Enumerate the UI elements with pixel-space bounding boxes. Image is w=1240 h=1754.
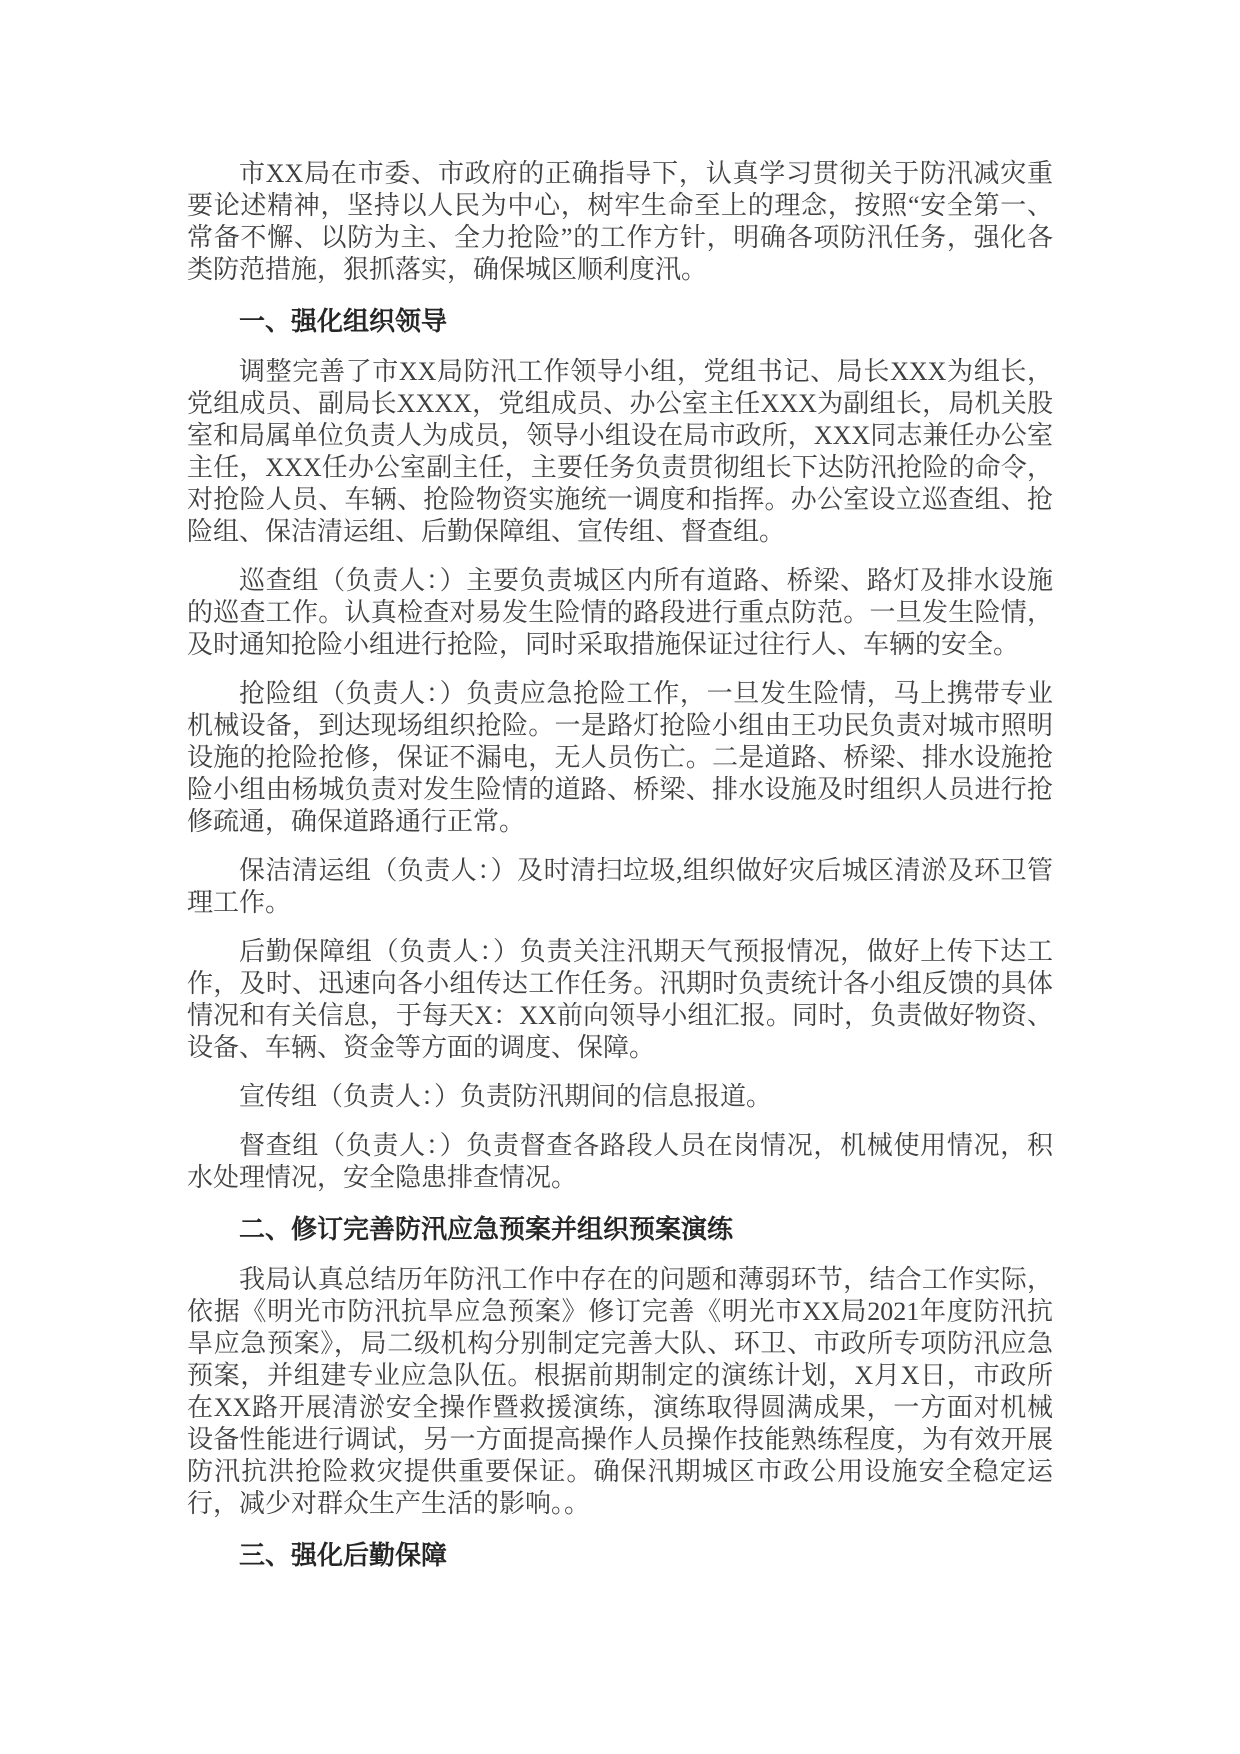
supervision-group-paragraph: 督查组（负责人：）负责督查各路段人员在岗情况，机械使用情况，积水处理情况，安全隐… bbox=[187, 1130, 1053, 1194]
patrol-group-paragraph: 巡查组（负责人：）主要负责城区内所有道路、桥梁、路灯及排水设施的巡查工作。认真检… bbox=[187, 565, 1053, 661]
rescue-group-paragraph: 抢险组（负责人：）负责应急抢险工作，一旦发生险情，马上携带专业机械设备，到达现场… bbox=[187, 678, 1053, 838]
publicity-group-paragraph: 宣传组（负责人：）负责防汛期间的信息报道。 bbox=[187, 1081, 1053, 1113]
section-heading-2: 二、修订完善防汛应急预案并组织预案演练 bbox=[187, 1213, 1053, 1245]
intro-paragraph: 市XX局在市委、市政府的正确指导下，认真学习贯彻关于防汛减灾重要论述精神，坚持以… bbox=[187, 158, 1053, 286]
document-body: 市XX局在市委、市政府的正确指导下，认真学习贯彻关于防汛减灾重要论述精神，坚持以… bbox=[187, 158, 1053, 1571]
section-heading-3: 三、强化后勤保障 bbox=[187, 1539, 1053, 1571]
logistics-group-paragraph: 后勤保障组（负责人：）负责关注汛期天气预报情况，做好上传下达工作，及时、迅速向各… bbox=[187, 936, 1053, 1064]
cleaning-group-paragraph: 保洁清运组（负责人：）及时清扫垃圾,组织做好灾后城区清淤及环卫管理工作。 bbox=[187, 855, 1053, 919]
leading-group-paragraph: 调整完善了市XX局防汛工作领导小组，党组书记、局长XXX为组长，党组成员、副局长… bbox=[187, 356, 1053, 548]
document-page: 市XX局在市委、市政府的正确指导下，认真学习贯彻关于防汛减灾重要论述精神，坚持以… bbox=[0, 0, 1240, 1754]
emergency-plan-paragraph: 我局认真总结历年防汛工作中存在的问题和薄弱环节，结合工作实际，依据《明光市防汛抗… bbox=[187, 1264, 1053, 1520]
section-heading-1: 一、强化组织领导 bbox=[187, 305, 1053, 337]
